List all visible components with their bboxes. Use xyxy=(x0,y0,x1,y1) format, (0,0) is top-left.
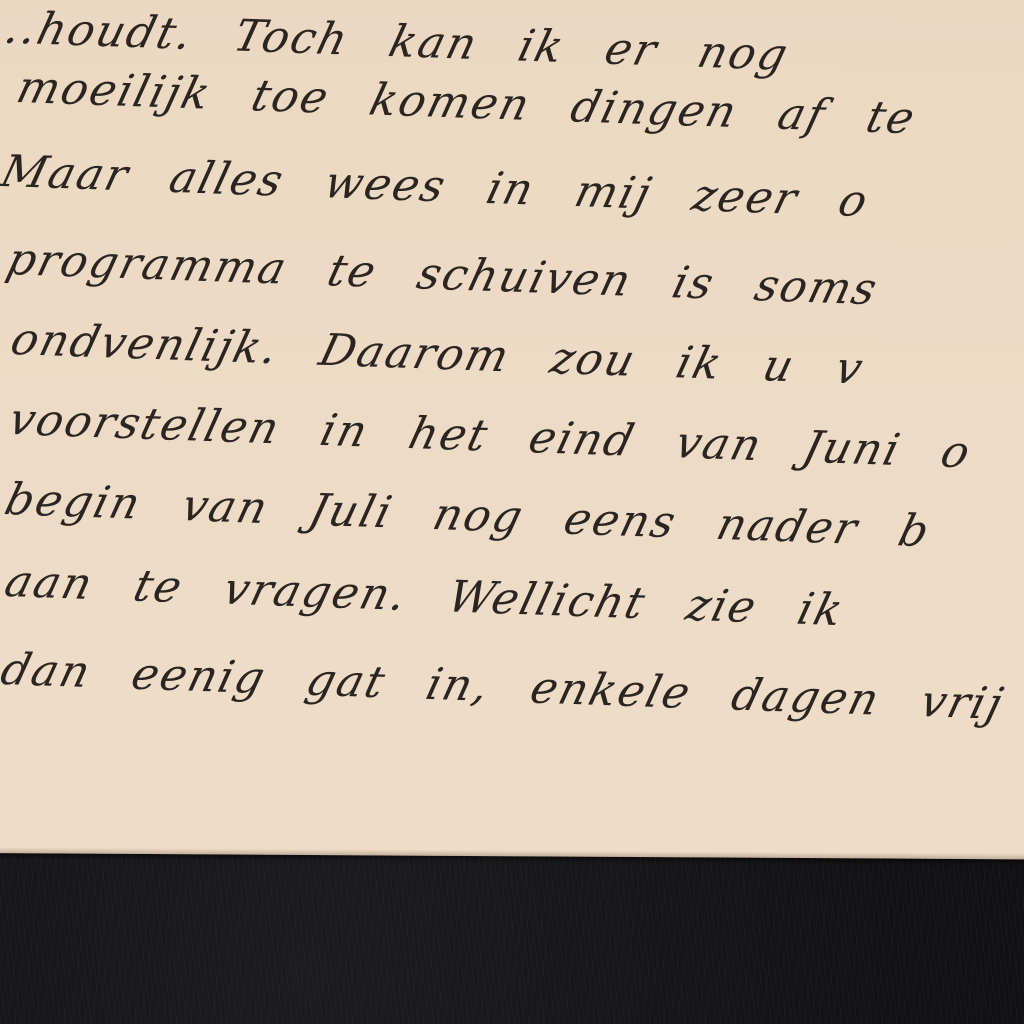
handwritten-line: ondvenlijk. Daarom zou ik u v xyxy=(7,318,869,391)
handwritten-line: moeilijk toe komen dingen af te xyxy=(13,66,921,141)
handwritten-line: begin van Juli nog eens nader b xyxy=(1,478,936,554)
photo-scene: ...houdt. Toch kan ik er nog moeilijk to… xyxy=(0,0,1024,1024)
handwritten-line: programma te schuiven is soms xyxy=(3,238,883,312)
handwritten-line: Maar alles wees in mij zeer o xyxy=(0,150,873,224)
handwritten-line: dan eenig gat in, enkele dagen vrij xyxy=(0,648,1008,727)
handwritten-text-body: ...houdt. Toch kan ik er nog moeilijk to… xyxy=(0,0,1024,860)
handwritten-line: voorstellen in het eind van Juni o xyxy=(5,398,976,475)
handwritten-line: aan te vragen. Wellicht zie ik xyxy=(1,560,849,633)
